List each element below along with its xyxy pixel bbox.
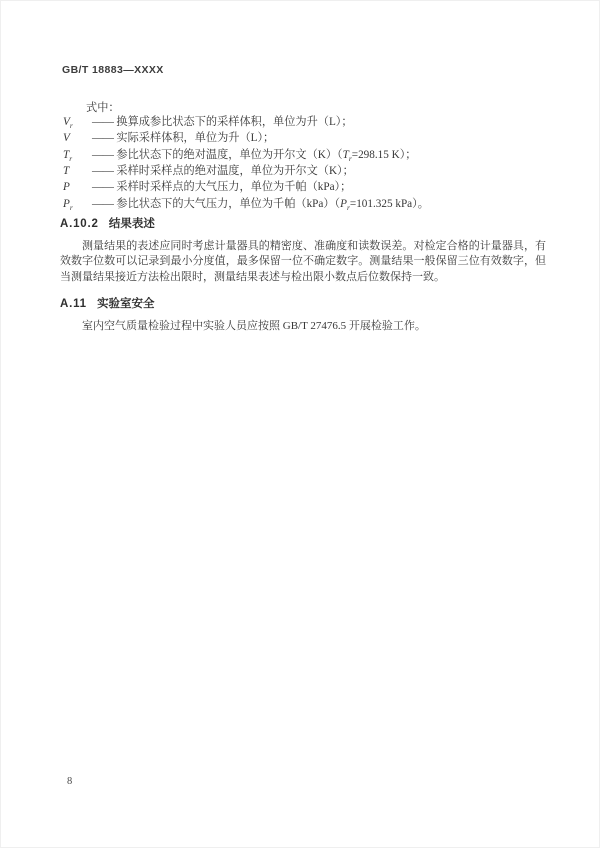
- formula-description: 参比状态下的大气压力，单位为千帕（kPa）（Pr=101.325 kPa）。: [116, 195, 547, 212]
- document-page: GB/T 18883—XXXX 式中： Vr —— 换算成参比状态下的采样体积，…: [0, 0, 600, 848]
- page-number: 8: [67, 776, 72, 787]
- symbol-subscript: r: [70, 121, 73, 130]
- symbol-letter: V: [63, 132, 70, 144]
- formula-description: 换算成参比状态下的采样体积，单位为升（L）；: [116, 113, 547, 129]
- em-dash: ——: [92, 132, 113, 144]
- formula-symbol: Pr: [63, 198, 92, 212]
- formula-key-list: Vr —— 换算成参比状态下的采样体积，单位为升（L）； V —— 实际采样体积…: [63, 113, 547, 211]
- formula-symbol: P: [63, 181, 92, 195]
- formula-key-row: Pr —— 参比状态下的大气压力，单位为千帕（kPa）（Pr=101.325 k…: [63, 195, 547, 211]
- formula-symbol: V: [63, 132, 92, 146]
- formula-description: 采样时采样点的大气压力，单位为千帕（kPa）；: [116, 178, 547, 194]
- formula-description: 采样时采样点的绝对温度，单位为开尔文（K）；: [116, 162, 547, 178]
- section-heading-a10-2: A.10.2 结果表述: [60, 215, 155, 231]
- formula-symbol: Tr: [63, 149, 92, 163]
- symbol-letter: V: [63, 116, 70, 128]
- desc-text: 实际采样体积，单位为升（L）；: [116, 132, 274, 144]
- symbol-letter: T: [63, 165, 69, 177]
- formula-description: 实际采样体积，单位为升（L）；: [116, 129, 547, 145]
- section-title: 结果表述: [109, 218, 155, 230]
- section-title: 实验室安全: [97, 298, 155, 310]
- section-heading-a11: A.11 实验室安全: [60, 295, 155, 311]
- em-dash: ——: [92, 165, 113, 177]
- section-number: A.11: [60, 298, 87, 310]
- running-header: GB/T 18883—XXXX: [62, 64, 164, 76]
- em-dash: ——: [92, 198, 113, 210]
- section-body-a11: 室内空气质量检验过程中实验人员应按照 GB/T 27476.5 开展检验工作。: [60, 319, 546, 334]
- section-number: A.10.2: [60, 218, 99, 230]
- desc-text: 参比状态下的大气压力，单位为千帕（kPa）（: [116, 198, 340, 210]
- formula-key-row: T —— 采样时采样点的绝对温度，单位为开尔文（K）；: [63, 162, 547, 178]
- section-body-a10-2: 测量结果的表述应同时考虑计量器具的精密度、准确度和读数误差。对检定合格的计量器具…: [60, 239, 546, 285]
- formula-key-row: P —— 采样时采样点的大气压力，单位为千帕（kPa）；: [63, 178, 547, 194]
- em-dash: ——: [92, 116, 113, 128]
- formula-description: 参比状态下的绝对温度，单位为开尔文（K）（Tr=298.15 K）；: [116, 146, 547, 163]
- symbol-subscript: r: [70, 203, 73, 212]
- desc-text: 换算成参比状态下的采样体积，单位为升（L）；: [116, 116, 352, 128]
- desc-text: 参比状态下的绝对温度，单位为开尔文（K）（: [116, 149, 342, 161]
- desc-text: 采样时采样点的绝对温度，单位为开尔文（K）；: [116, 165, 353, 177]
- formula-symbol: T: [63, 165, 92, 179]
- formula-key-row: Tr —— 参比状态下的绝对温度，单位为开尔文（K）（Tr=298.15 K）；: [63, 146, 547, 162]
- symbol-letter: P: [63, 198, 70, 210]
- desc-text: 采样时采样点的大气压力，单位为千帕（kPa）；: [116, 181, 351, 193]
- symbol-subscript: r: [69, 154, 72, 163]
- desc-text-after: =101.325 kPa）。: [350, 198, 429, 210]
- symbol-letter: P: [63, 181, 70, 193]
- em-dash: ——: [92, 181, 113, 193]
- inline-symbol-letter: P: [340, 198, 347, 210]
- formula-key-row: V —— 实际采样体积，单位为升（L）；: [63, 129, 547, 145]
- desc-text-after: =298.15 K）；: [352, 149, 417, 161]
- formula-key-row: Vr —— 换算成参比状态下的采样体积，单位为升（L）；: [63, 113, 547, 129]
- em-dash: ——: [92, 149, 113, 161]
- formula-symbol: Vr: [63, 116, 92, 130]
